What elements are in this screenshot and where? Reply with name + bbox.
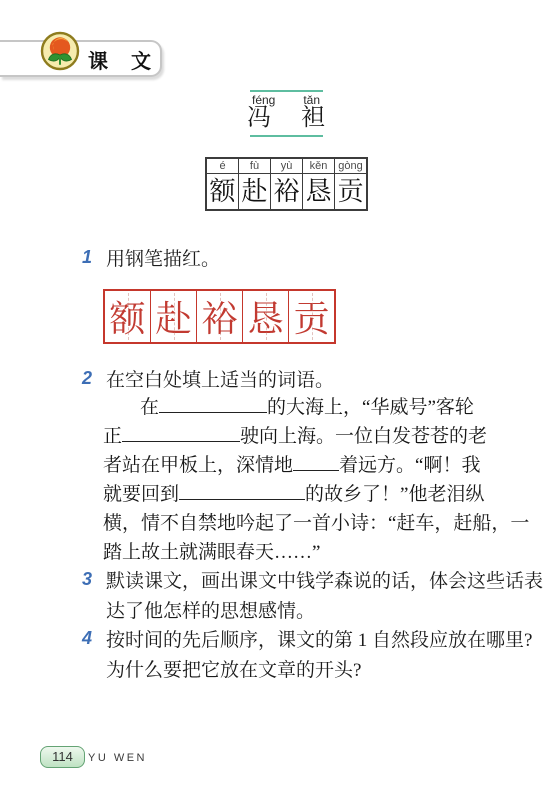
exercise-2-instruction: 在空白处填上适当的词语。 <box>106 365 334 392</box>
fill-in-blank <box>179 496 305 500</box>
textbook-page: 课 文 féng tǎn 冯 袒 éfùyùkěngòng 额赴裕恳贡 1 用钢… <box>0 0 560 803</box>
passage-line: 就要回到的故乡了！”他老泪纵 <box>103 480 484 509</box>
title-top-rule <box>250 90 323 92</box>
title-char-2: 袒 <box>301 103 325 133</box>
new-word-pinyin-cell: gòng <box>335 159 366 174</box>
passage-text: 横，情不自禁地吟起了一首小诗：“赶车，赶船，一 <box>103 513 529 534</box>
passage-text: 在 <box>140 397 159 418</box>
new-word-pinyin-cell: fù <box>239 159 271 174</box>
new-words-pinyin-row: éfùyùkěngòng <box>207 159 366 174</box>
passage-line: 踏上故土就满眼春天……” <box>103 538 320 567</box>
exercise-3-line-1: 默读课文，画出课文中钱学森说的话，体会这些话表 <box>106 566 543 593</box>
title-bottom-rule <box>250 135 323 137</box>
passage-line: 正驶向上海。一位白发苍苍的老 <box>103 422 487 451</box>
fruit-sprout-logo-icon <box>40 31 80 71</box>
fill-in-blank <box>122 438 240 442</box>
passage-text: 踏上故土就满眼春天……” <box>103 542 320 563</box>
exercise-3-line-2: 达了他怎样的思想感情。 <box>106 596 315 623</box>
tracing-cell: 恳 <box>243 291 289 342</box>
title-characters: 冯 袒 <box>247 103 325 133</box>
tracing-cell: 赴 <box>151 291 197 342</box>
new-word-char-cell: 贡 <box>335 174 366 209</box>
tracing-cell: 贡 <box>289 291 334 342</box>
new-word-char-cell: 裕 <box>271 174 303 209</box>
exercise-3-number: 3 <box>78 569 96 590</box>
passage-text: 的大海上，“华威号”客轮 <box>267 397 474 418</box>
passage-text: 的故乡了！”他老泪纵 <box>305 484 484 505</box>
tracing-grid: 额赴裕恳贡 <box>103 289 336 344</box>
exercise-1-number: 1 <box>78 247 96 268</box>
new-word-pinyin-cell: é <box>207 159 239 174</box>
page-number-badge: 114 <box>40 746 85 768</box>
tracing-cell: 裕 <box>197 291 243 342</box>
new-word-char-cell: 赴 <box>239 174 271 209</box>
passage-line: 横，情不自禁地吟起了一首小诗：“赶车，赶船，一 <box>103 509 529 538</box>
fill-in-blank <box>293 467 339 471</box>
passage-text: 着远方。“啊！我 <box>339 455 480 476</box>
fill-in-blank <box>159 409 267 413</box>
passage-text: 就要回到 <box>103 484 179 505</box>
footer-subject-label: YU WEN <box>88 752 147 764</box>
new-word-char-cell: 额 <box>207 174 239 209</box>
new-word-char-cell: 恳 <box>303 174 335 209</box>
new-word-pinyin-cell: yù <box>271 159 303 174</box>
new-word-pinyin-cell: kěn <box>303 159 335 174</box>
tracing-cell: 额 <box>105 291 151 342</box>
passage-line: 者站在甲板上，深情地着远方。“啊！我 <box>103 451 480 480</box>
passage-text: 正 <box>103 426 122 447</box>
exercise-2-number: 2 <box>78 368 96 389</box>
exercise-4-line-2: 为什么要把它放在文章的开头? <box>106 655 361 682</box>
title-char-1: 冯 <box>247 103 271 133</box>
passage-line: 在的大海上，“华威号”客轮 <box>140 393 474 422</box>
section-tab-label: 课 文 <box>88 45 160 74</box>
passage-text: 驶向上海。一位白发苍苍的老 <box>240 426 487 447</box>
exercise-4-line-1: 按时间的先后顺序，课文的第 1 自然段应放在哪里? <box>106 625 532 652</box>
exercise-4-number: 4 <box>78 628 96 649</box>
passage-text: 者站在甲板上，深情地 <box>103 455 293 476</box>
new-words-char-row: 额赴裕恳贡 <box>207 174 366 209</box>
exercise-1-instruction: 用钢笔描红。 <box>106 244 220 271</box>
new-words-table: éfùyùkěngòng 额赴裕恳贡 <box>205 157 368 211</box>
